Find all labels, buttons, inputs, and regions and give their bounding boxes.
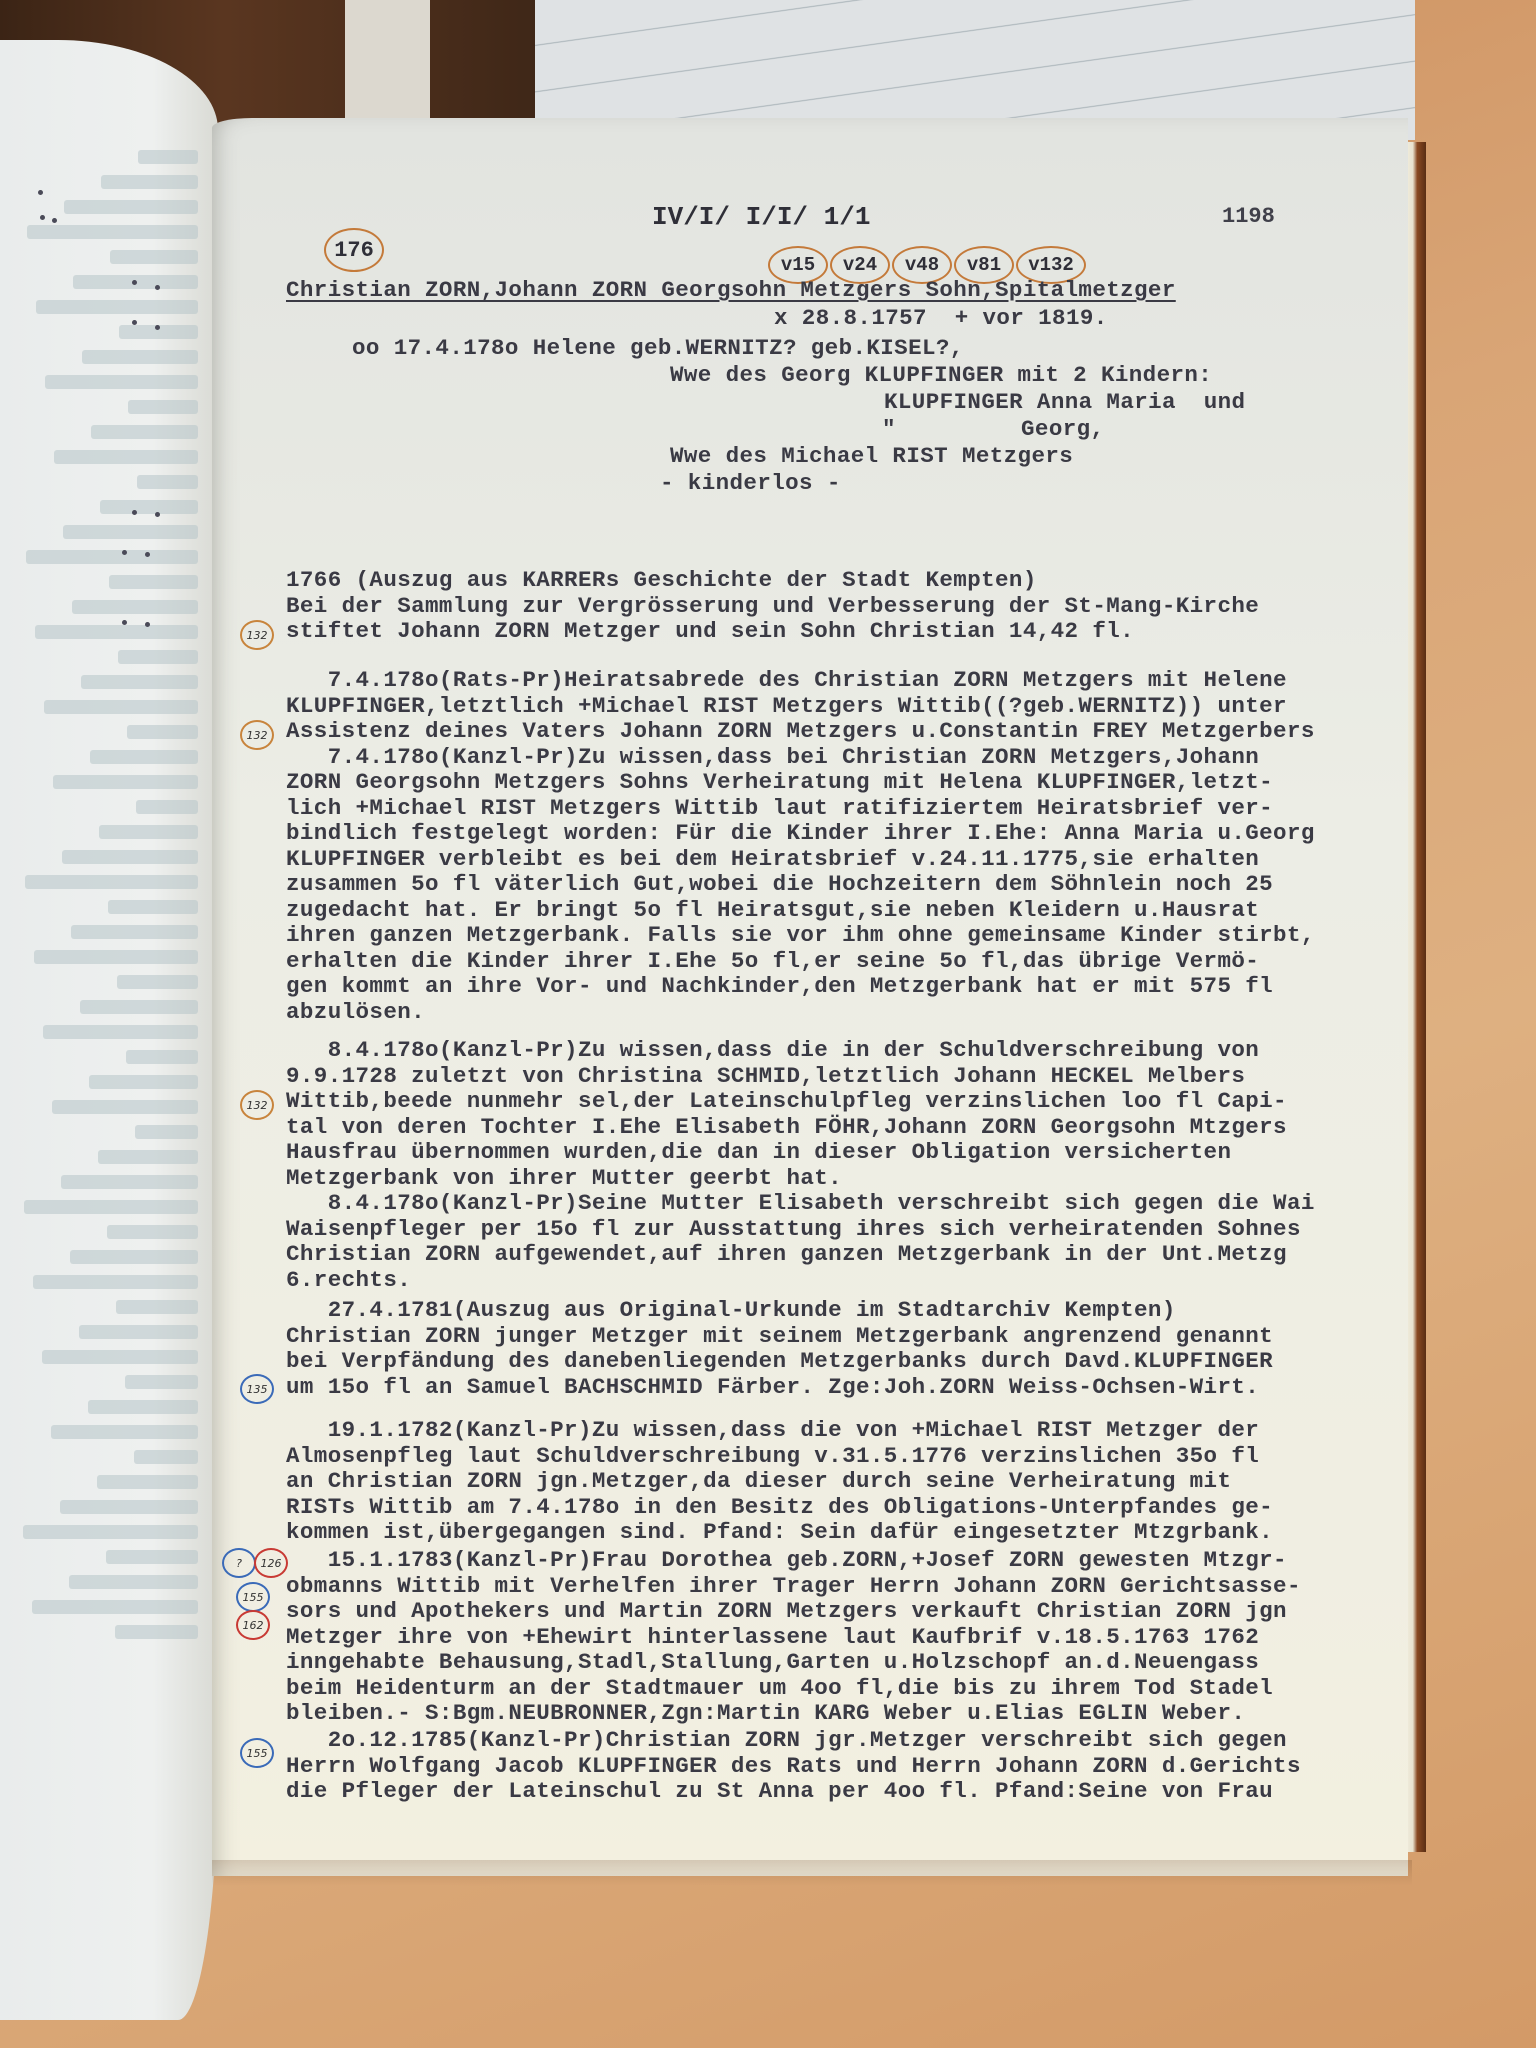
- document-text: Christian ZORN,Johann ZORN Georgsohn Met…: [286, 118, 1396, 318]
- bleed-through-text: [126, 1050, 198, 1064]
- entry-line: tal von deren Tochter I.Ehe Elisabeth FÖ…: [286, 1115, 1287, 1140]
- bleed-through-text: [36, 300, 198, 314]
- dates-line: x 28.8.1757 + vor 1819.: [774, 306, 1108, 331]
- entry-line: um 15o fl an Samuel BACHSCHMID Färber. Z…: [286, 1375, 1259, 1400]
- entry-line: kommen ist,übergegangen sind. Pfand: Sei…: [286, 1520, 1273, 1545]
- bleed-through-text: [27, 225, 198, 239]
- bleed-dot: [155, 325, 160, 330]
- bleed-through-text: [51, 1425, 198, 1439]
- margin-annotation: 132: [240, 720, 274, 750]
- margin-annotation: 135: [240, 1374, 274, 1404]
- marriage-line: Wwe des Georg KLUPFINGER mit 2 Kindern:: [670, 363, 1212, 388]
- bleed-through-text: [33, 1275, 198, 1289]
- entry-line: Metzgerbank von ihrer Mutter geerbt hat.: [286, 1166, 842, 1191]
- entry-line: an Christian ZORN jgn.Metzger,da dieser …: [286, 1469, 1231, 1494]
- margin-annotation: 155: [240, 1738, 274, 1768]
- bleed-through-text: [80, 1000, 198, 1014]
- bleed-through-text: [35, 625, 198, 639]
- margin-annotation: ?: [222, 1548, 256, 1578]
- bleed-through-text: [135, 1125, 198, 1139]
- marriage-line: - kinderlos -: [660, 471, 841, 496]
- bleed-through-text: [128, 400, 198, 414]
- entry-line: erhalten die Kinder ihrer I.Ehe 5o fl,er…: [286, 949, 1259, 974]
- entry-line: Assistenz deines Vaters Johann ZORN Metz…: [286, 719, 1315, 744]
- bleed-through-text: [45, 375, 198, 389]
- margin-annotation: 132: [240, 620, 274, 650]
- entry-line: inngehabte Behausung,Stadl,Stallung,Gart…: [286, 1650, 1259, 1675]
- bleed-through-text: [23, 1525, 198, 1539]
- bleed-through-text: [89, 1075, 198, 1089]
- margin-annotation: 155: [236, 1582, 270, 1612]
- entry-line: beim Heidenturm an der Stadtmauer um 4oo…: [286, 1676, 1273, 1701]
- entry-line: Waisenpfleger per 15o fl zur Ausstattung…: [286, 1217, 1301, 1242]
- bleed-dot: [40, 215, 45, 220]
- bleed-through-text: [60, 1500, 198, 1514]
- entry-line: Christian ZORN junger Metzger mit seinem…: [286, 1324, 1273, 1349]
- bleed-through-text: [64, 200, 198, 214]
- bleed-through-text: [24, 1200, 198, 1214]
- bleed-through-text: [34, 950, 198, 964]
- entry-line: Wittib,beede nunmehr sel,der Lateinschul…: [286, 1089, 1287, 1114]
- entry-line: lich +Michael RIST Metzgers Wittib laut …: [286, 796, 1273, 821]
- entry-line: 19.1.1782(Kanzl-Pr)Zu wissen,dass die vo…: [286, 1418, 1259, 1443]
- title-line: Christian ZORN,Johann ZORN Georgsohn Met…: [286, 278, 1176, 303]
- margin-annotation: 126: [254, 1548, 288, 1578]
- entry-line: obmanns Wittib mit Verhelfen ihrer Trage…: [286, 1574, 1301, 1599]
- bleed-through-text: [81, 675, 198, 689]
- margin-annotation: 132: [240, 1090, 274, 1120]
- bleed-through-text: [91, 425, 198, 439]
- bleed-dot: [145, 552, 150, 557]
- entry-line: KLUPFINGER verbleibt es bei dem Heiratsb…: [286, 847, 1259, 872]
- entry-line: 1766 (Auszug aus KARRERs Geschichte der …: [286, 568, 1037, 593]
- bleed-through-text: [115, 1625, 198, 1639]
- bleed-through-text: [25, 875, 198, 889]
- entry-line: Herrn Wolfgang Jacob KLUPFINGER des Rats…: [286, 1754, 1301, 1779]
- bleed-through-text: [63, 525, 198, 539]
- bleed-dot: [122, 620, 127, 625]
- bleed-through-text: [117, 975, 198, 989]
- bleed-through-text: [99, 825, 198, 839]
- page-shadow: [212, 1860, 1412, 1886]
- entry-line: 8.4.178o(Kanzl-Pr)Seine Mutter Elisabeth…: [286, 1191, 1315, 1216]
- entry-line: sors und Apothekers und Martin ZORN Metz…: [286, 1599, 1287, 1624]
- entry-line: bindlich festgelegt worden: Für die Kind…: [286, 821, 1315, 846]
- entry-line: zugedacht hat. Er bringt 5o fl Heiratsgu…: [286, 898, 1259, 923]
- marriage-line: KLUPFINGER Anna Maria und: [884, 390, 1245, 415]
- bleed-through-text: [26, 550, 198, 564]
- bleed-through-text: [32, 1600, 198, 1614]
- bleed-through-text: [97, 1475, 198, 1489]
- entry-line: 2o.12.1785(Kanzl-Pr)Christian ZORN jgr.M…: [286, 1728, 1287, 1753]
- bleed-through-text: [79, 1325, 198, 1339]
- entry-line: die Pfleger der Lateinschul zu St Anna p…: [286, 1779, 1273, 1804]
- bleed-through-text: [72, 600, 198, 614]
- bleed-through-text: [82, 350, 198, 364]
- marriage-line: oo 17.4.178o Helene geb.WERNITZ? geb.KIS…: [352, 336, 964, 361]
- bleed-through-text: [110, 250, 198, 264]
- bleed-through-text: [127, 725, 198, 739]
- bleed-dot: [52, 218, 57, 223]
- bleed-dot: [145, 622, 150, 627]
- entry-line: Almosenpfleg laut Schuldverschreibung v.…: [286, 1444, 1259, 1469]
- bleed-through-text: [118, 650, 198, 664]
- bleed-through-text: [88, 1400, 198, 1414]
- bleed-through-text: [90, 750, 198, 764]
- bleed-through-text: [52, 1100, 198, 1114]
- entry-line: bleiben.- S:Bgm.NEUBRONNER,Zgn:Martin KA…: [286, 1701, 1245, 1726]
- bleed-dot: [155, 512, 160, 517]
- bleed-dot: [155, 285, 160, 290]
- bleed-through-text: [53, 775, 198, 789]
- bleed-through-text: [109, 575, 198, 589]
- entry-line: 27.4.1781(Auszug aus Original-Urkunde im…: [286, 1298, 1176, 1323]
- bleed-through-text: [43, 1025, 198, 1039]
- left-page: [0, 40, 218, 2020]
- entry-line: Bei der Sammlung zur Vergrösserung und V…: [286, 594, 1259, 619]
- bleed-through-text: [107, 1225, 198, 1239]
- bleed-through-text: [136, 800, 198, 814]
- entry-line: Hausfrau übernommen wurden,die dan in di…: [286, 1140, 1231, 1165]
- bleed-dot: [132, 320, 137, 325]
- entry-line: 15.1.1783(Kanzl-Pr)Frau Dorothea geb.ZOR…: [286, 1548, 1287, 1573]
- bleed-dot: [132, 280, 137, 285]
- bleed-through-text: [108, 900, 198, 914]
- entry-line: 7.4.178o(Kanzl-Pr)Zu wissen,dass bei Chr…: [286, 745, 1259, 770]
- entry-line: RISTs Wittib am 7.4.178o in den Besitz d…: [286, 1495, 1273, 1520]
- entry-line: 6.rechts.: [286, 1268, 411, 1293]
- bleed-through-text: [100, 500, 198, 514]
- bleed-through-text: [98, 1150, 198, 1164]
- entry-line: zusammen 5o fl väterlich Gut,wobei die H…: [286, 872, 1273, 897]
- bleed-through-text: [62, 850, 198, 864]
- entry-line: 9.9.1728 zuletzt von Christina SCHMID,le…: [286, 1064, 1245, 1089]
- bleed-through-text: [125, 1375, 198, 1389]
- entry-line: 8.4.178o(Kanzl-Pr)Zu wissen,dass die in …: [286, 1038, 1259, 1063]
- entry-line: abzulösen.: [286, 1000, 425, 1025]
- bleed-dot: [132, 510, 137, 515]
- bleed-through-text: [61, 1175, 198, 1189]
- entry-line: Christian ZORN aufgewendet,auf ihren gan…: [286, 1242, 1287, 1267]
- margin-annotation: 162: [236, 1610, 270, 1640]
- entry-line: stiftet Johann ZORN Metzger und sein Soh…: [286, 619, 1134, 644]
- bleed-through-text: [71, 925, 198, 939]
- bleed-through-text: [138, 150, 198, 164]
- bleed-through-text: [134, 1450, 198, 1464]
- marriage-line: " Georg,: [882, 417, 1104, 442]
- bleed-through-text: [106, 1550, 198, 1564]
- entry-line: ZORN Georgsohn Metzgers Sohns Verheiratu…: [286, 770, 1273, 795]
- bleed-dot: [122, 550, 127, 555]
- bleed-through-text: [101, 175, 198, 189]
- entry-line: gen kommt an ihre Vor- und Nachkinder,de…: [286, 974, 1273, 999]
- entry-line: Metzger ihre von +Ehewirt hinterlassene …: [286, 1625, 1259, 1650]
- entry-line: ihren ganzen Metzgerbank. Falls sie vor …: [286, 923, 1315, 948]
- bleed-through-text: [54, 450, 198, 464]
- document-page: IV/I/ I/I/ 1/1 1198 176 v15v24v48v81v132…: [212, 118, 1408, 1876]
- bleed-through-text: [69, 1575, 198, 1589]
- marriage-line: Wwe des Michael RIST Metzgers: [670, 444, 1073, 469]
- background-card: [345, 0, 430, 120]
- entry-line: 7.4.178o(Rats-Pr)Heiratsabrede des Chris…: [286, 668, 1287, 693]
- bleed-through-text: [70, 1250, 198, 1264]
- bleed-through-text: [42, 1350, 198, 1364]
- bleed-through-text: [44, 700, 198, 714]
- bleed-through-text: [116, 1300, 198, 1314]
- bleed-through-text: [137, 475, 198, 489]
- entry-line: bei Verpfändung des danebenliegenden Met…: [286, 1349, 1273, 1374]
- bleed-dot: [38, 190, 43, 195]
- entry-line: KLUPFINGER,letztlich +Michael RIST Metzg…: [286, 694, 1287, 719]
